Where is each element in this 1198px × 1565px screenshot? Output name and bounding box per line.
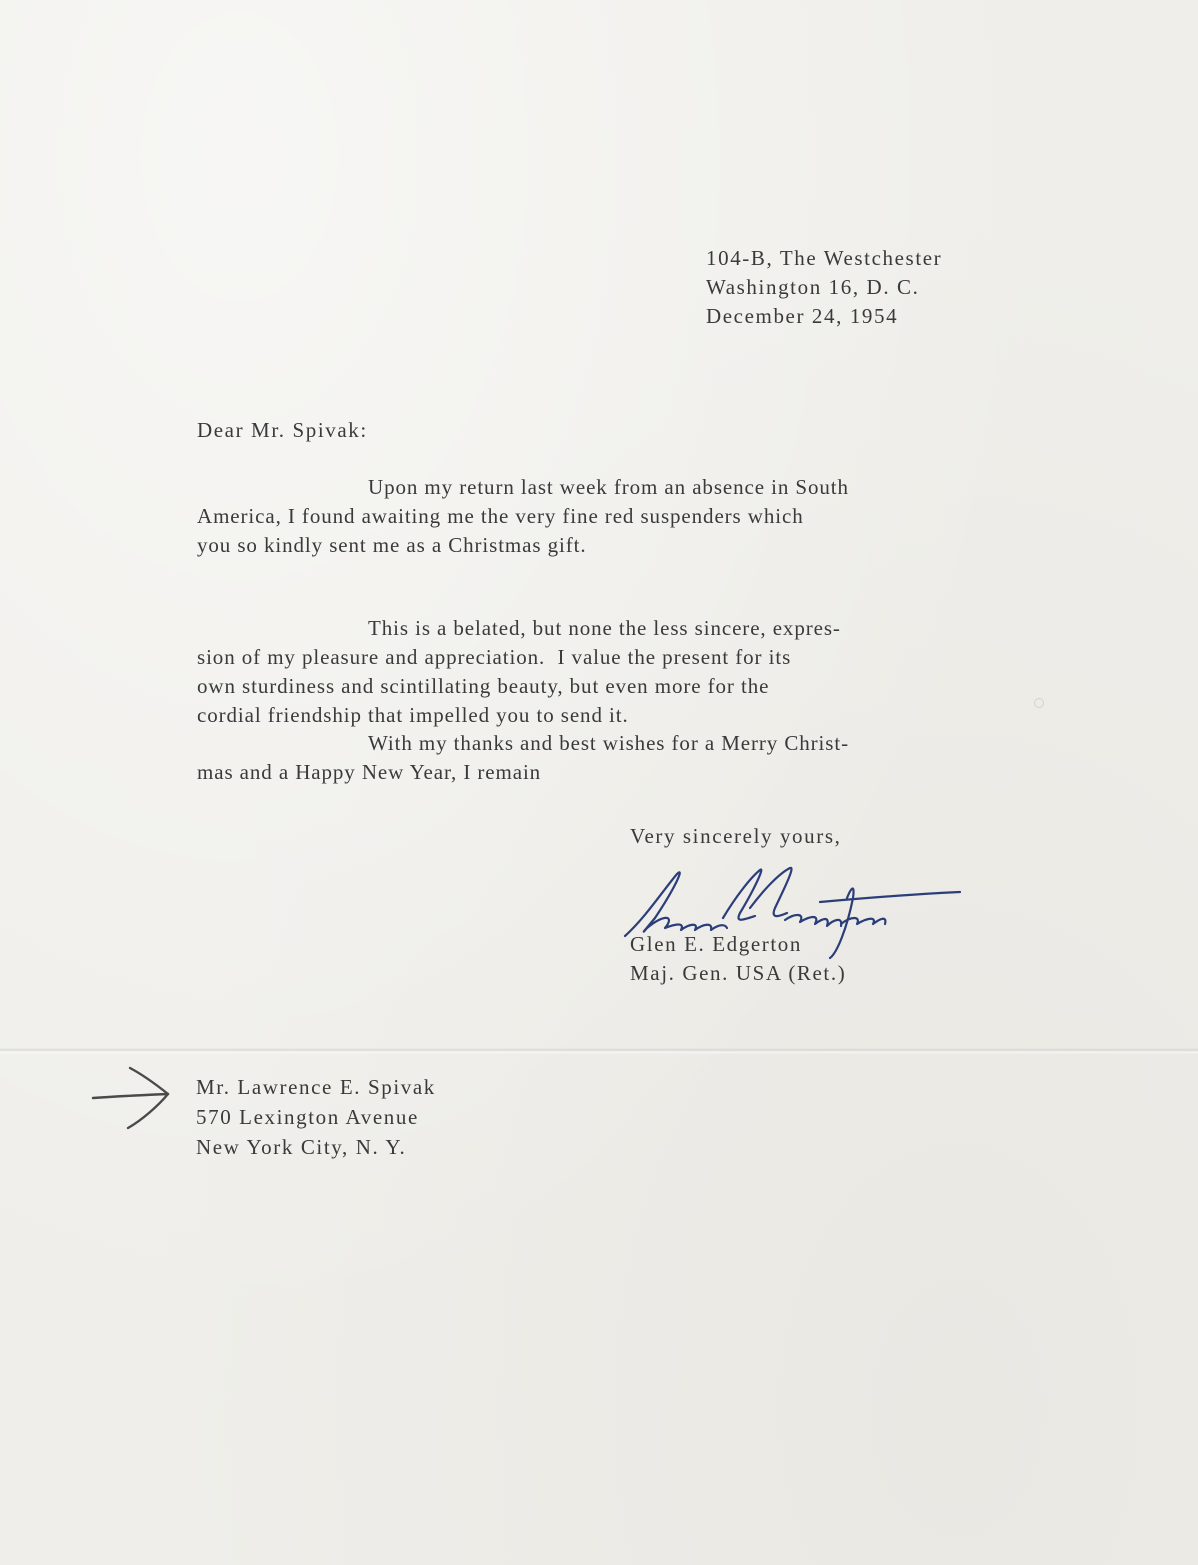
sender-address-line2: Washington 16, D. C. (706, 273, 942, 302)
sender-address-block: 104-B, The Westchester Washington 16, D.… (706, 244, 942, 331)
body-paragraph-3: With my thanks and best wishes for a Mer… (197, 729, 1037, 787)
handwritten-signature (615, 858, 975, 968)
paper-fold-line (0, 1048, 1198, 1054)
paragraph-line: own sturdiness and scintillating beauty,… (197, 672, 1037, 701)
sender-address-line1: 104-B, The Westchester (706, 244, 942, 273)
body-paragraph-1: Upon my return last week from an absence… (197, 473, 1037, 560)
paragraph-line: mas and a Happy New Year, I remain (197, 758, 1037, 787)
paragraph-line: you so kindly sent me as a Christmas gif… (197, 531, 1037, 560)
paragraph-line: sion of my pleasure and appreciation. I … (197, 643, 1037, 672)
paragraph-line: With my thanks and best wishes for a Mer… (197, 729, 1037, 758)
hand-drawn-arrow-icon (90, 1064, 180, 1134)
closing-line: Very sincerely yours, (630, 824, 841, 849)
paragraph-line: This is a belated, but none the less sin… (197, 614, 1037, 643)
salutation: Dear Mr. Spivak: (197, 418, 368, 443)
recipient-address-block: Mr. Lawrence E. Spivak 570 Lexington Ave… (196, 1072, 436, 1162)
paragraph-line: cordial friendship that impelled you to … (197, 701, 1037, 730)
recipient-name: Mr. Lawrence E. Spivak (196, 1072, 436, 1102)
letter-date: December 24, 1954 (706, 302, 942, 331)
recipient-city: New York City, N. Y. (196, 1132, 436, 1162)
recipient-street: 570 Lexington Avenue (196, 1102, 436, 1132)
paragraph-line: America, I found awaiting me the very fi… (197, 502, 1037, 531)
paragraph-line: Upon my return last week from an absence… (197, 473, 1037, 502)
body-paragraph-2: This is a belated, but none the less sin… (197, 614, 1037, 730)
